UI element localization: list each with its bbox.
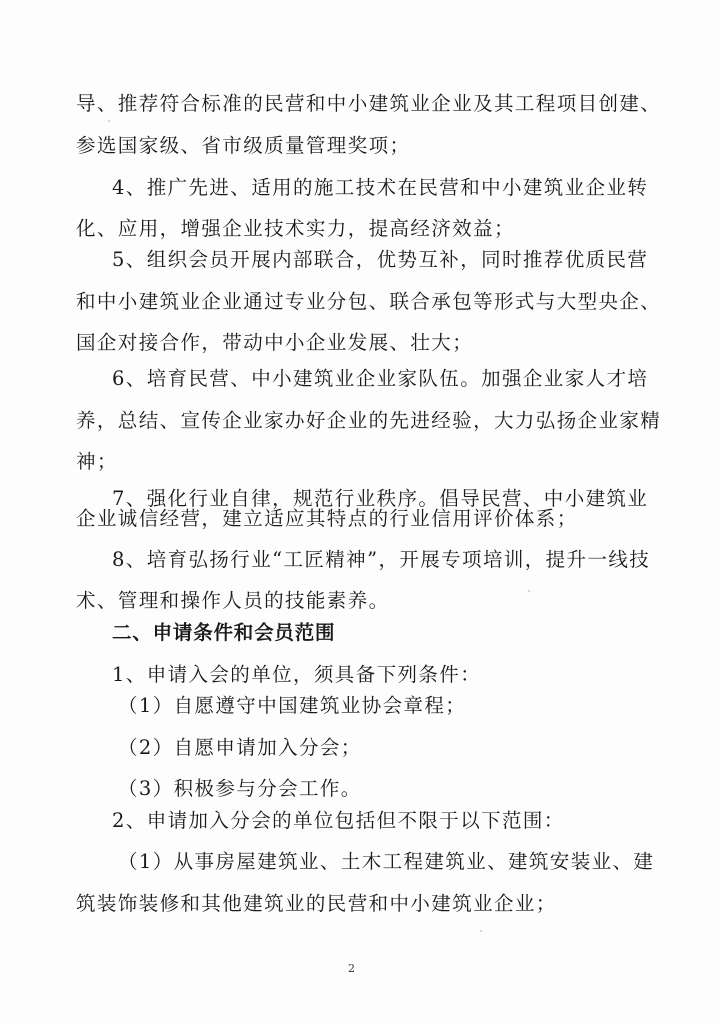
condition-1: （1）自愿遵守中国建筑业协会章程； — [118, 694, 466, 718]
scope-1-line-2: 筑装饰装修和其他建筑业的民营和中小建筑业企业； — [76, 892, 557, 916]
body-line-1: 导、推荐符合标准的民营和中小建筑业企业及其工程项目创建、 — [76, 92, 661, 116]
section-heading: 二、申请条件和会员范围 — [112, 621, 335, 645]
condition-3: （3）积极参与分会工作。 — [118, 777, 362, 801]
item-5-line-3: 国企对接合作，带动中小企业发展、壮大； — [76, 331, 473, 355]
item-6-line-1: 6、培育民营、中小建筑业企业家队伍。加强企业家人才培 — [112, 367, 648, 391]
scan-speck — [528, 590, 530, 592]
item-6-line-3: 神； — [76, 450, 118, 474]
item-8-line-1: 8、培育弘扬行业“工匠精神”，开展专项培训，提升一线技 — [112, 548, 650, 572]
scan-speck — [480, 930, 482, 932]
condition-2: （2）自愿申请加入分会； — [118, 736, 362, 760]
item-4-line-2: 化、应用，增强企业技术实力，提高经济效益； — [76, 217, 515, 241]
page-number: 2 — [348, 962, 355, 975]
item-7-line-2: 企业诚信经营，建立适应其特点的行业信用评价体系； — [76, 507, 578, 531]
condition-intro: 1、申请入会的单位，须具备下列条件： — [112, 663, 481, 687]
scope-1-line-1: （1）从事房屋建筑业、土木工程建筑业、建筑安装业、建 — [118, 850, 654, 874]
scope-intro: 2、申请加入分会的单位包括但不限于以下范围： — [112, 809, 565, 833]
document-page: 导、推荐符合标准的民营和中小建筑业企业及其工程项目创建、 参选国家级、省市级质量… — [0, 0, 721, 1024]
item-5-line-2: 和中小建筑业企业通过专业分包、联合承包等形式与大型央企、 — [76, 290, 661, 314]
body-line-2: 参选国家级、省市级质量管理奖项； — [76, 134, 410, 158]
item-8-line-2: 术、管理和操作人员的技能素养。 — [76, 589, 390, 613]
item-4-line-1: 4、推广先进、适用的施工技术在民营和中小建筑业企业转 — [112, 176, 648, 200]
item-6-line-2: 养，总结、宣传企业家办好企业的先进经验，大力弘扬企业家精 — [76, 409, 661, 433]
item-5-line-1: 5、组织会员开展内部联合，优势互补，同时推荐优质民营 — [112, 248, 648, 272]
scan-speck — [108, 120, 110, 122]
